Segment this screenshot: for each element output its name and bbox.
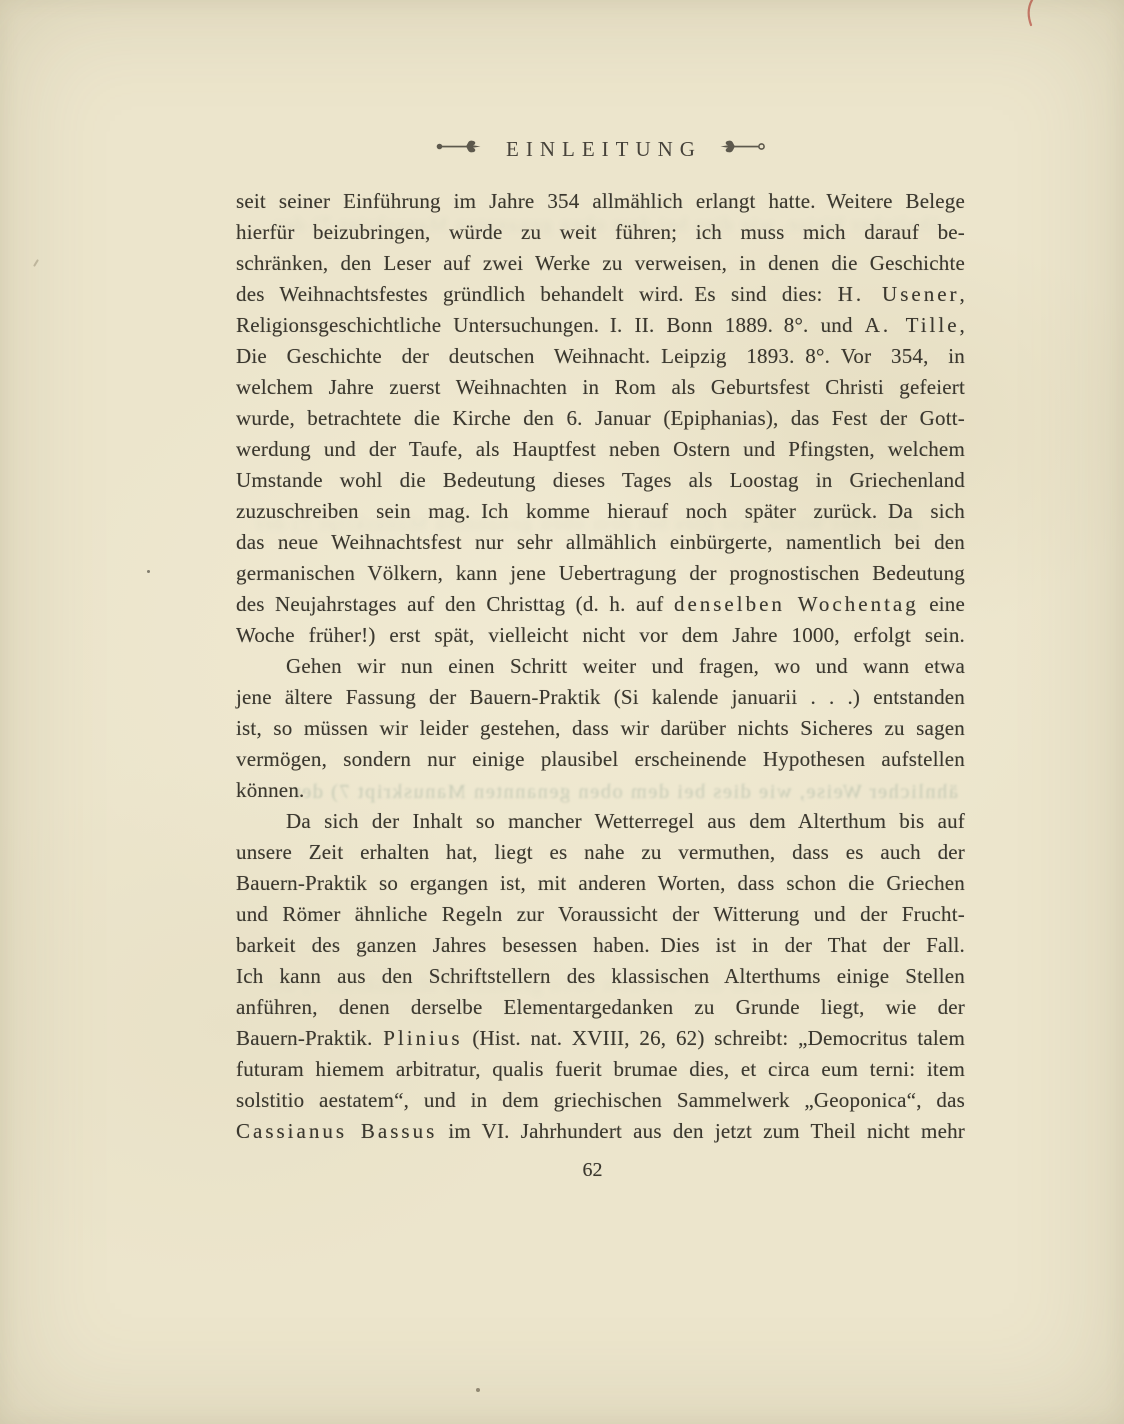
- text-line: seit seiner Einführung im Jahre 354 allm…: [236, 186, 965, 217]
- letterspaced-text: Plinius: [383, 1026, 462, 1050]
- text-line: Bauern-Praktik. Plinius (Hist. nat. XVII…: [236, 1023, 965, 1054]
- header-ornament-right-icon: [719, 139, 766, 159]
- text-line: wurde, betrachtete die Kirche den 6. Jan…: [236, 403, 965, 434]
- text-line: das neue Weihnachtsfest nur sehr allmähl…: [236, 527, 965, 558]
- page-number: 62: [228, 1159, 957, 1182]
- text-line: Bauern-Praktik so ergangen ist, mit ande…: [236, 868, 965, 899]
- text-line: hierfür beizubringen, würde zu weit führ…: [236, 217, 965, 248]
- text-line: barkeit des ganzen Jahres besessen haben…: [236, 930, 965, 961]
- red-pen-mark: [1014, 0, 1050, 31]
- paper-speck: [147, 570, 150, 573]
- text-line: welchem Jahre zuerst Weihnachten in Rom …: [236, 372, 965, 403]
- header-ornament-left-icon: [435, 139, 482, 159]
- text-line: Religionsgeschichtliche Untersuchungen. …: [236, 310, 965, 341]
- text-line: Cassianus Bassus im VI. Jahrhundert aus …: [236, 1116, 965, 1147]
- page-header: EINLEITUNG: [236, 136, 965, 162]
- text-line: Die Geschichte der deutschen Weihnacht. …: [236, 341, 965, 372]
- text-line: vermögen, sondern nur einige plausibel e…: [236, 744, 965, 775]
- text-line: ist, so müssen wir leider gestehen, dass…: [236, 713, 965, 744]
- text-line: können.: [236, 775, 965, 806]
- letterspaced-text: H. Usener: [838, 282, 960, 306]
- paper-speck: [476, 1388, 480, 1392]
- text-line: des Neujahrstages auf den Christtag (d. …: [236, 589, 965, 620]
- letterspaced-text: Cassianus Bassus: [236, 1119, 437, 1143]
- text-line: und Römer ähnliche Regeln zur Voraussich…: [236, 899, 965, 930]
- text-line: jene ältere Fassung der Bauern-Praktik (…: [236, 682, 965, 713]
- text-line: Ich kann aus den Schriftstellern des kla…: [236, 961, 965, 992]
- text-line: des Weihnachtsfestes gründlich behandelt…: [236, 279, 965, 310]
- text-line: zuzuschreiben sein mag. Ich komme hierau…: [236, 496, 965, 527]
- page-title: EINLEITUNG: [499, 137, 702, 162]
- book-page-scan: { "document": { "header": { "title": "EI…: [0, 0, 1124, 1424]
- text-line: werdung und der Taufe, als Hauptfest neb…: [236, 434, 965, 465]
- text-line: unsere Zeit erhalten hat, liegt es nahe …: [236, 837, 965, 868]
- text-line: Da sich der Inhalt so mancher Wetterrege…: [236, 806, 965, 837]
- letterspaced-text: denselben Wochentag: [674, 592, 919, 616]
- text-line: schränken, den Leser auf zwei Werke zu v…: [236, 248, 965, 279]
- text-line: Woche früher!) erst spät, vielleicht nic…: [236, 620, 965, 651]
- text-block: seit seiner Einführung im Jahre 354 allm…: [236, 186, 965, 1147]
- text-line: germanischen Völkern, kann jene Uebertra…: [236, 558, 965, 589]
- text-line: anführen, denen derselbe Elementargedank…: [236, 992, 965, 1023]
- text-line: futuram hiemem arbitratur, qualis fuerit…: [236, 1054, 965, 1085]
- text-line: solstitio aestatem“, und in dem griechis…: [236, 1085, 965, 1116]
- text-line: Gehen wir nun einen Schritt weiter und f…: [236, 651, 965, 682]
- letterspaced-text: A. Tille: [865, 313, 960, 337]
- text-line: Umstande wohl die Bedeutung dieses Tages…: [236, 465, 965, 496]
